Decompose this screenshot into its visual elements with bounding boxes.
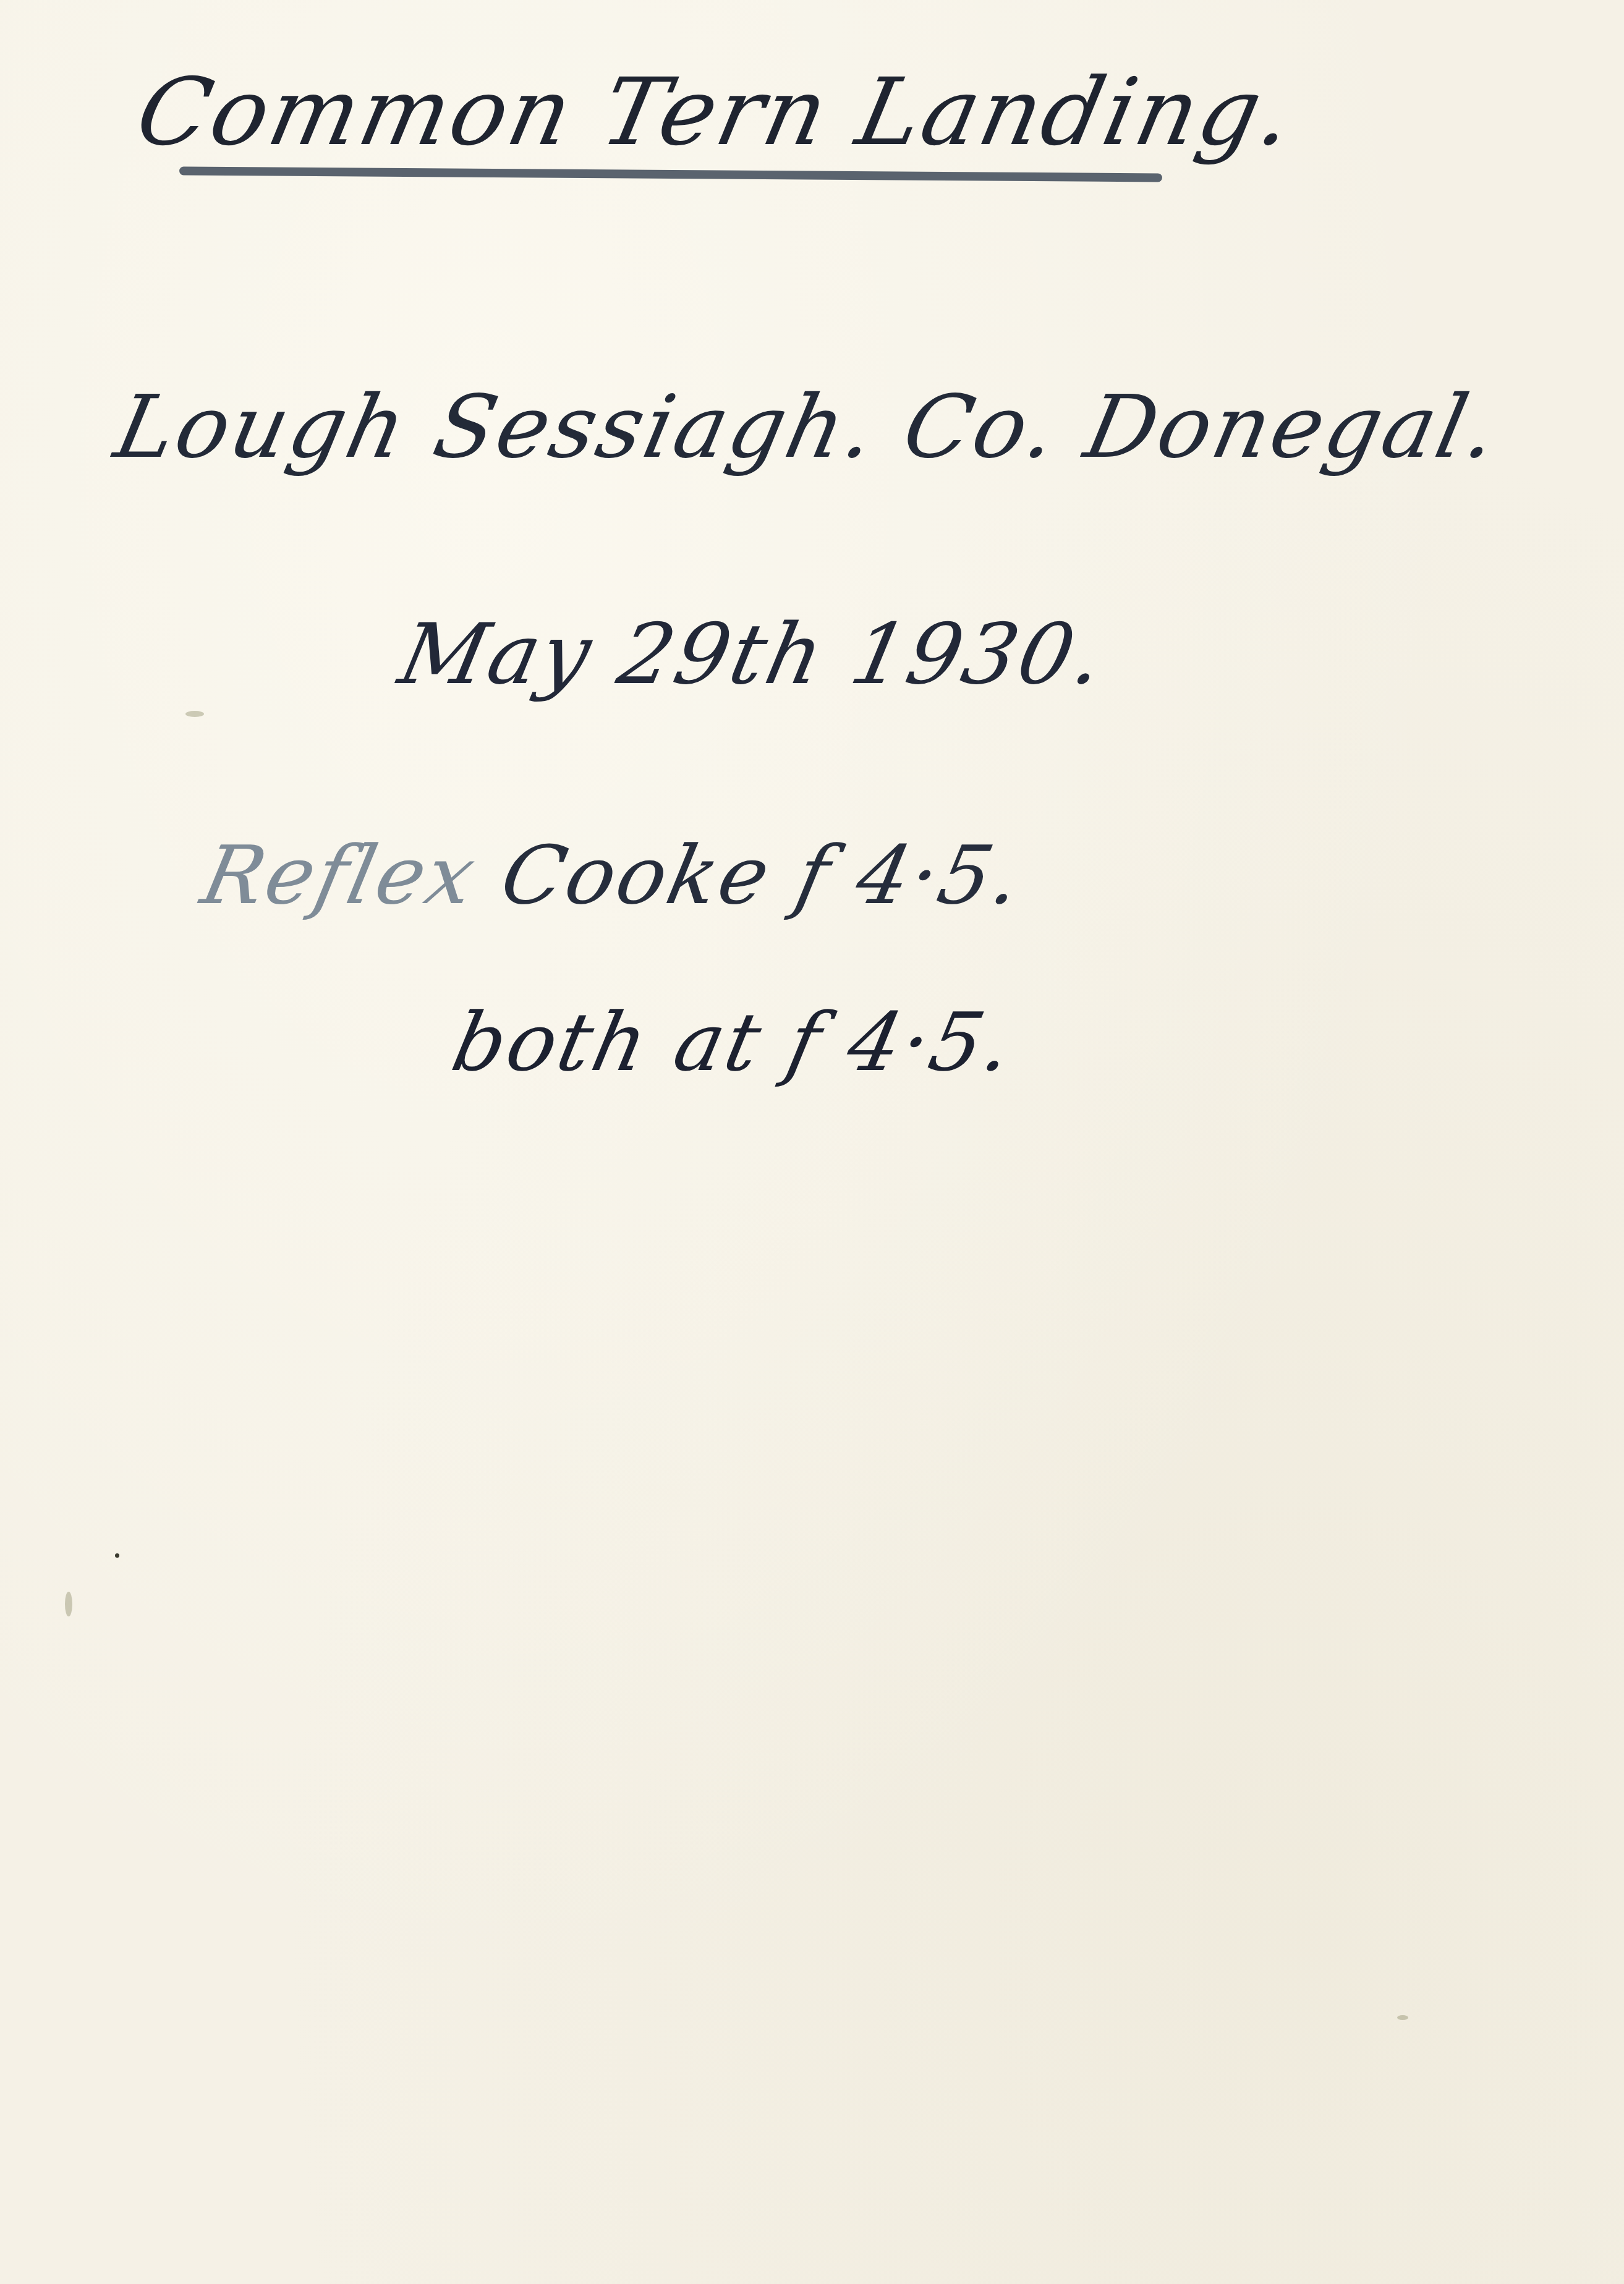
note-exposure: both at f 4·5. bbox=[444, 995, 1023, 1089]
note-date: May 29th 1930. bbox=[391, 606, 1115, 703]
note-title: Common Tern Landing. bbox=[128, 59, 1305, 166]
paper-speck bbox=[115, 1553, 119, 1558]
note-camera-line: Reflex Cooke f 4·5. bbox=[194, 828, 1032, 922]
note-location: Lough Sessiagh. Co. Donegal. bbox=[107, 377, 1509, 478]
camera-prefix: Reflex bbox=[194, 828, 485, 922]
paper-smudge bbox=[65, 1592, 72, 1616]
paper-smudge bbox=[1397, 2015, 1408, 2020]
camera-lens: Cooke f 4·5. bbox=[493, 828, 1032, 922]
paper-smudge bbox=[185, 711, 204, 717]
paper-background bbox=[0, 0, 1624, 2284]
